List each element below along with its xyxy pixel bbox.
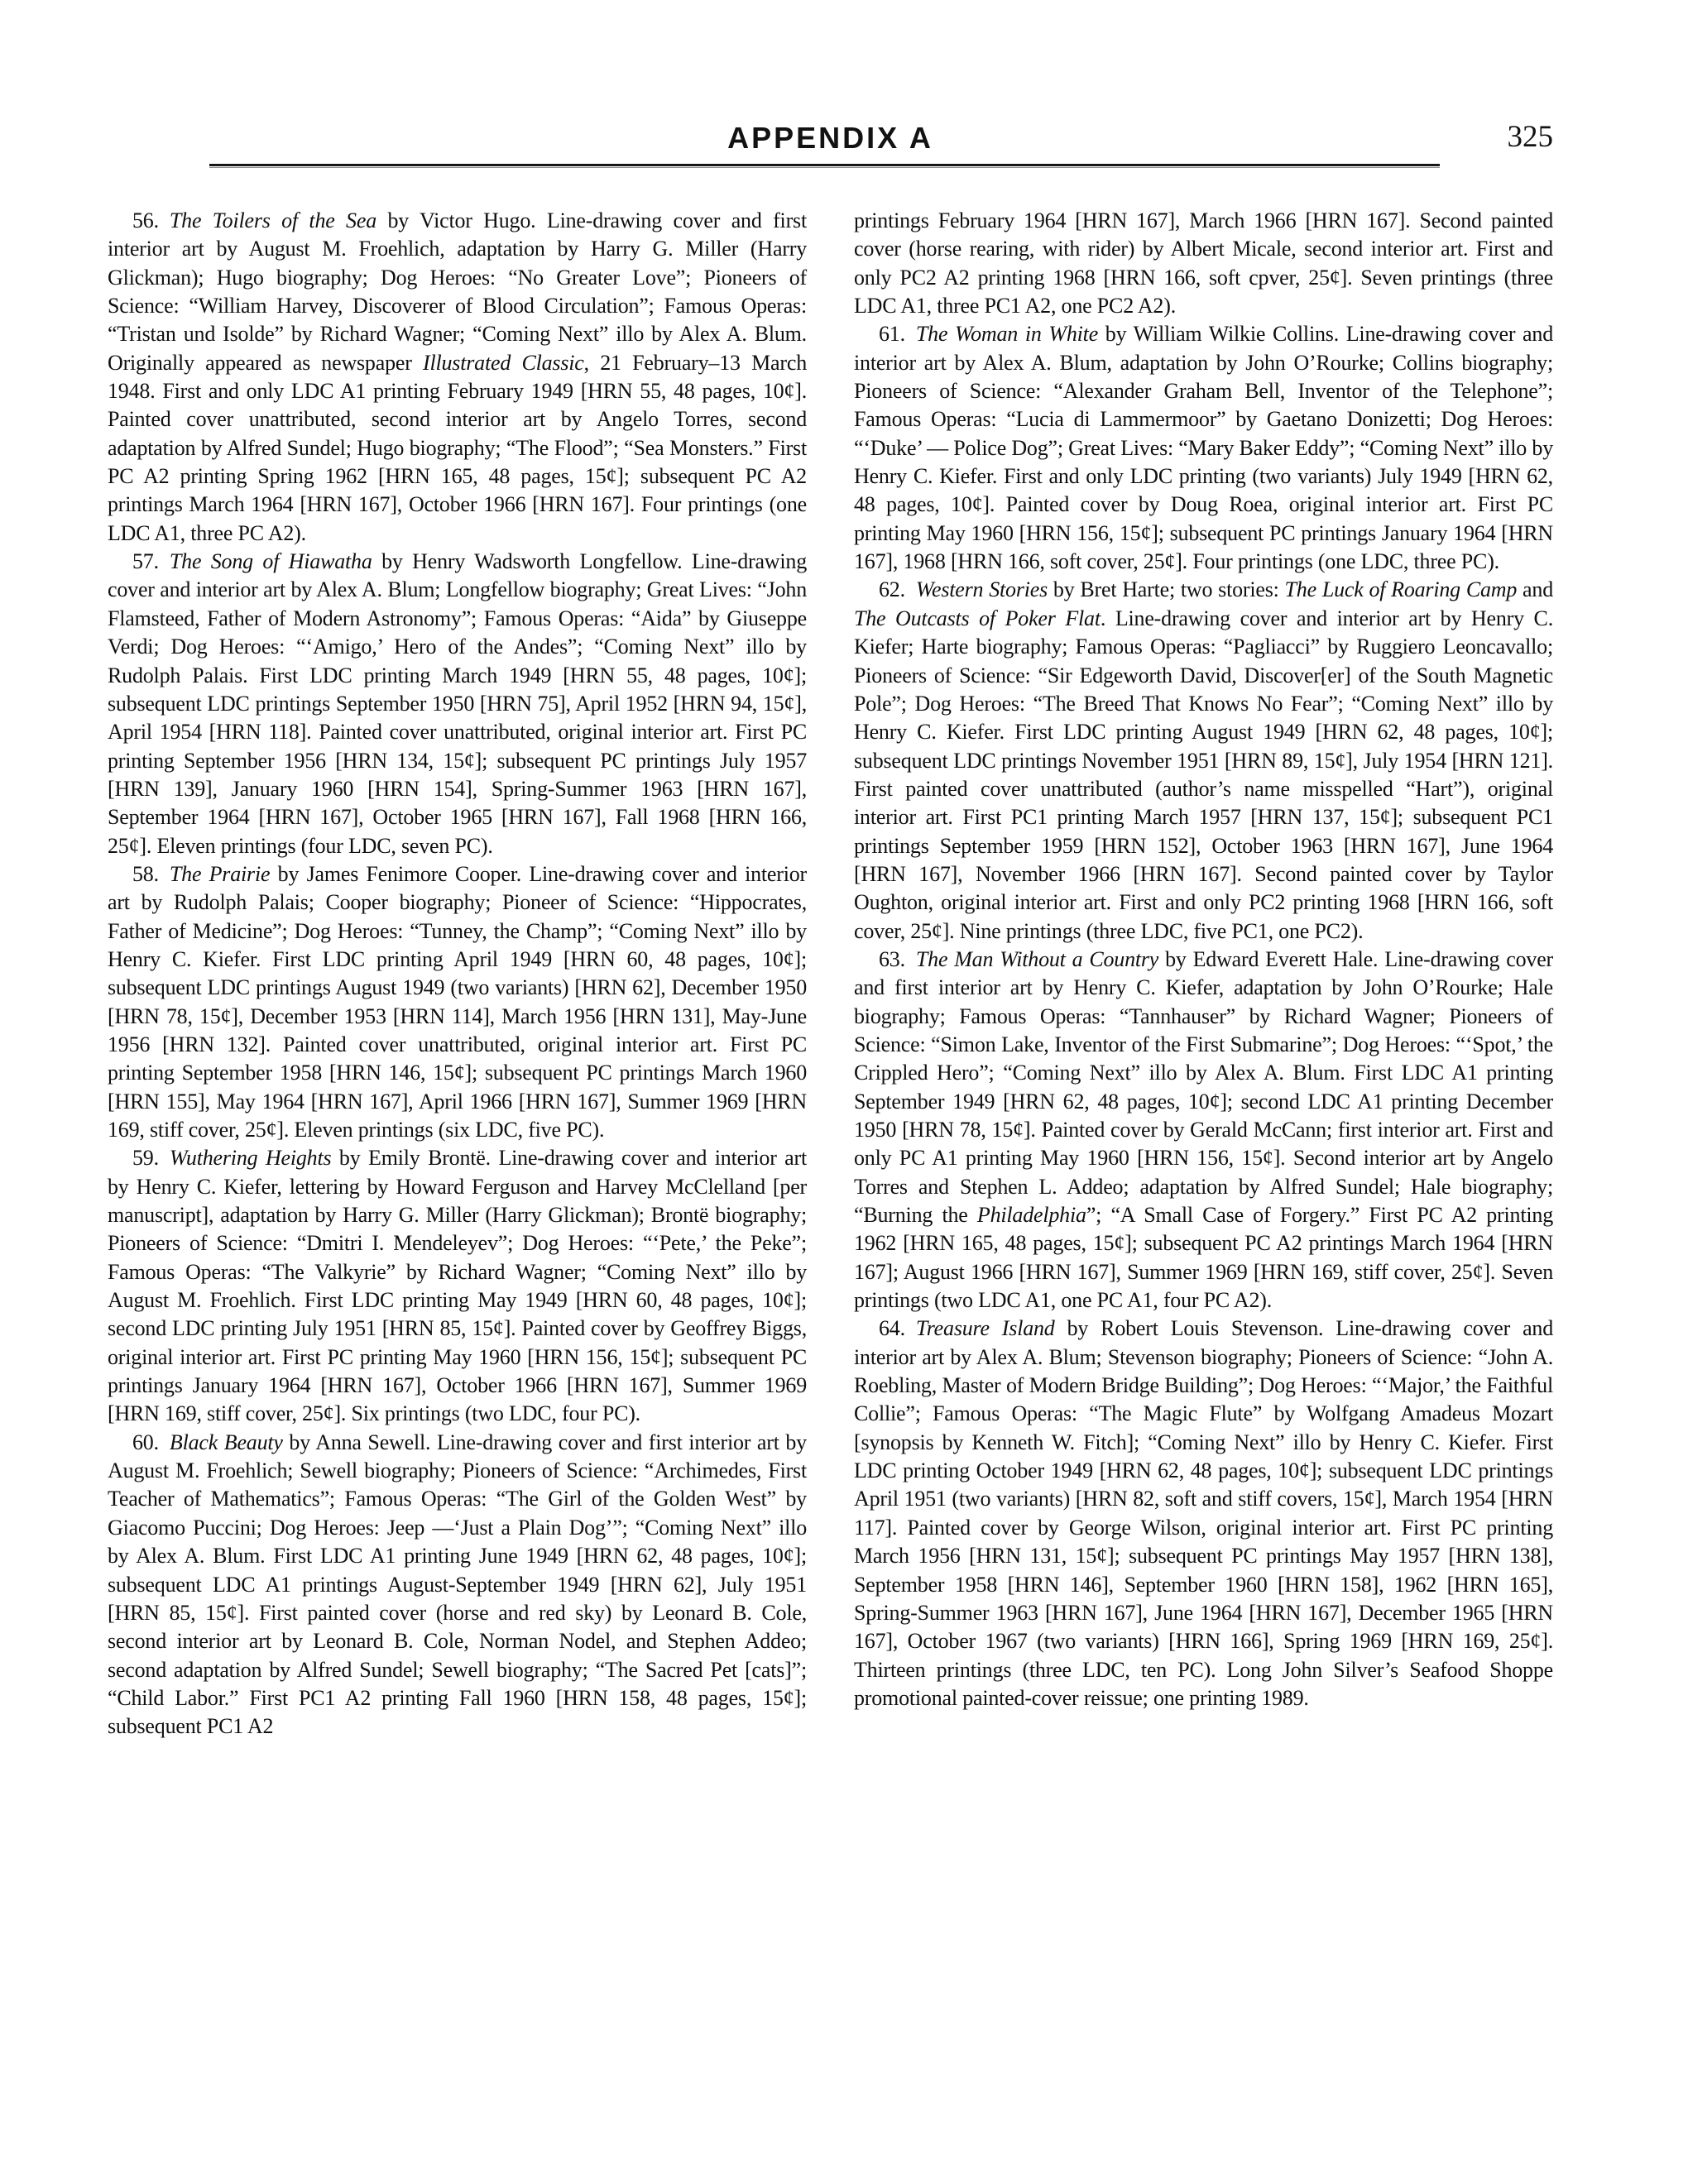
- entry-text: . Line-drawing cover and interior art by…: [854, 606, 1553, 943]
- entry-text: printings February 1964 [HRN 167], March…: [854, 208, 1553, 318]
- entry-number: 57.: [132, 549, 159, 573]
- appendix-title: APPENDIX A: [108, 121, 1553, 156]
- entry-text: by Victor Hugo. Line-drawing cover and f…: [108, 208, 807, 375]
- entry-number: 59.: [132, 1146, 159, 1170]
- entry-number: 64.: [879, 1316, 905, 1340]
- work-title: The Man Without a Country: [916, 947, 1158, 971]
- entry-text: by James Fenimore Cooper. Line-drawing c…: [108, 862, 807, 1142]
- entry-text: by Robert Louis Stevenson. Line-drawing …: [854, 1316, 1553, 1709]
- left-column: 56.The Toilers of the Sea by Victor Hugo…: [108, 207, 807, 1741]
- work-title: Treasure Island: [916, 1316, 1055, 1340]
- header-rule: [209, 164, 1440, 166]
- entry-number: 60.: [132, 1430, 159, 1454]
- work-title: The Song of Hiawatha: [170, 549, 372, 573]
- work-title: Illustrated Classic: [423, 351, 584, 375]
- entry-61: 61.The Woman in White by William Wilkie …: [854, 320, 1553, 576]
- entry-56: 56.The Toilers of the Sea by Victor Hugo…: [108, 207, 807, 548]
- right-column: printings February 1964 [HRN 167], March…: [854, 207, 1553, 1712]
- book-page: APPENDIX A 325 56.The Toilers of the Sea…: [0, 0, 1688, 2184]
- entry-60: 60.Black Beauty by Anna Sewell. Line-dra…: [108, 1429, 807, 1741]
- entry-text: by William Wilkie Collins. Line-drawing …: [854, 322, 1553, 573]
- entry-text: by Henry Wadsworth Longfellow. Line-draw…: [108, 549, 807, 857]
- entry-57: 57.The Song of Hiawatha by Henry Wadswor…: [108, 548, 807, 860]
- entry-number: 63.: [879, 947, 905, 971]
- work-title: Philadelphia: [977, 1203, 1086, 1227]
- entry-64: 64.Treasure Island by Robert Louis Steve…: [854, 1315, 1553, 1712]
- work-title: Wuthering Heights: [170, 1146, 332, 1170]
- entry-text: and: [1517, 577, 1553, 601]
- entry-59: 59.Wuthering Heights by Emily Brontë. Li…: [108, 1144, 807, 1428]
- work-title: The Outcasts of Poker Flat: [854, 606, 1101, 630]
- work-title: Western Stories: [916, 577, 1048, 601]
- page-header: APPENDIX A 325: [108, 121, 1553, 170]
- entry-number: 62.: [879, 577, 905, 601]
- entry-text: by Anna Sewell. Line-drawing cover and f…: [108, 1430, 807, 1738]
- work-title: The Luck of Roaring Camp: [1285, 577, 1518, 601]
- work-title: Black Beauty: [170, 1430, 283, 1454]
- entry-text: , 21 February–13 March 1948. First and o…: [108, 351, 807, 545]
- entry-continuation: printings February 1964 [HRN 167], March…: [854, 207, 1553, 320]
- work-title: The Woman in White: [916, 322, 1098, 346]
- entry-number: 58.: [132, 862, 159, 886]
- entry-text: by Edward Everett Hale. Line-drawing cov…: [854, 947, 1553, 1227]
- work-title: The Toilers of the Sea: [170, 208, 376, 232]
- entry-number: 61.: [879, 322, 905, 346]
- entry-58: 58.The Prairie by James Fenimore Cooper.…: [108, 860, 807, 1144]
- entry-62: 62.Western Stories by Bret Harte; two st…: [854, 576, 1553, 945]
- page-number: 325: [1508, 119, 1554, 155]
- entry-number: 56.: [132, 208, 159, 232]
- entry-text: by Emily Brontë. Line-drawing cover and …: [108, 1146, 807, 1425]
- entry-63: 63.The Man Without a Country by Edward E…: [854, 946, 1553, 1315]
- work-title: The Prairie: [170, 862, 270, 886]
- entry-text: by Bret Harte; two stories:: [1048, 577, 1285, 601]
